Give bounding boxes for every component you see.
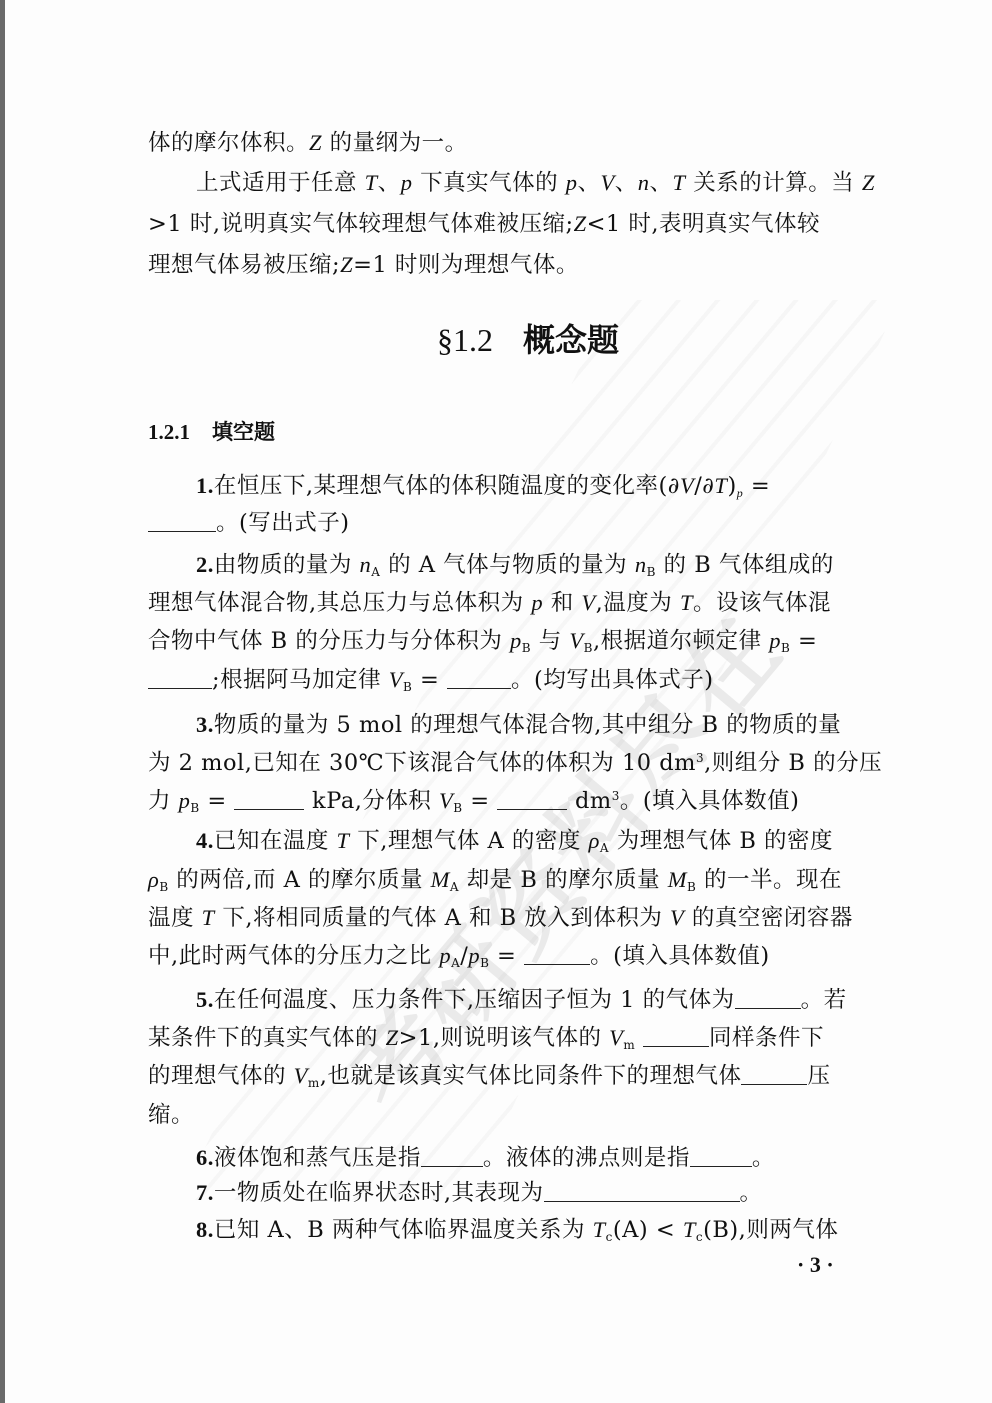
- subscript: B: [522, 641, 531, 655]
- subsection-number: 1.2.1: [148, 420, 190, 444]
- text: ,温度为: [596, 590, 680, 616]
- subscript: B: [687, 880, 696, 894]
- section-title: §1.2概念题: [148, 315, 908, 361]
- intro-line-4: 理想气体易被压缩;Z=1 时则为理想气体。: [148, 250, 908, 280]
- text: =: [790, 628, 817, 654]
- text: 的真空密闭容器: [684, 905, 853, 931]
- text: 在恒压下,某理想气体的体积随温度的变化率(∂: [214, 473, 680, 499]
- var-t: T: [593, 1217, 606, 1242]
- var-v: V: [439, 788, 453, 813]
- text: 却是 B 的摩尔质量: [459, 867, 668, 893]
- text: 、: [615, 170, 638, 196]
- var-t: T: [683, 1217, 696, 1242]
- var-z: Z: [574, 211, 587, 236]
- text: 一物质处在临界状态时,其表现为: [214, 1180, 544, 1206]
- text: kPa,分体积: [304, 788, 439, 814]
- text: 合物中气体 B 的分压力与分体积为: [148, 628, 510, 654]
- text: 下真实气体的: [412, 170, 565, 196]
- var-v: V: [294, 1063, 308, 1088]
- question-number: 5.: [196, 987, 214, 1012]
- question-number: 6.: [196, 1145, 214, 1170]
- var-t: T: [202, 905, 215, 930]
- subscript: A: [600, 841, 609, 855]
- subscript: B: [781, 641, 790, 655]
- var-p: p: [510, 628, 522, 653]
- text: 。(填入具体数值): [620, 788, 800, 814]
- var-t: T: [337, 828, 350, 853]
- text: 的量纲为一。: [322, 130, 468, 156]
- var-p: p: [566, 170, 578, 195]
- var-z: Z: [862, 170, 875, 195]
- question-2-line-2: 理想气体混合物,其总压力与总体积为 p 和 V,温度为 T。设该气体混: [148, 588, 908, 618]
- var-n: n: [360, 552, 372, 577]
- var-t: T: [714, 473, 727, 498]
- var-n: n: [635, 552, 647, 577]
- text: 中,此时两气体的分压力之比: [148, 943, 439, 969]
- question-5-line-4: 缩。: [148, 1100, 908, 1130]
- var-m: M: [431, 867, 450, 892]
- subscript: B: [453, 801, 462, 815]
- text: =1 时则为理想气体。: [353, 252, 579, 278]
- text: 。(填入具体数值): [590, 943, 770, 969]
- text: 与: [531, 628, 569, 654]
- question-4-line-4: 中,此时两气体的分压力之比 pA/pB = 。(填入具体数值): [148, 941, 908, 971]
- var-v: V: [569, 628, 583, 653]
- page-number: · 3 ·: [797, 1252, 834, 1278]
- text: 力: [148, 788, 179, 814]
- text: =: [743, 473, 770, 499]
- var-p: p: [769, 628, 781, 653]
- answer-blank[interactable]: [148, 511, 216, 532]
- subscript: A: [451, 956, 460, 970]
- text: (A) <: [613, 1217, 683, 1243]
- text: 缩。: [148, 1102, 194, 1128]
- answer-blank[interactable]: [234, 789, 304, 810]
- text: 下,将相同质量的气体 A 和 B 放入到体积为: [215, 905, 670, 931]
- text: 已知 A、B 两种气体临界温度关系为: [214, 1217, 593, 1243]
- answer-blank[interactable]: [735, 988, 801, 1009]
- subscript: c: [696, 1230, 703, 1244]
- var-p: p: [179, 788, 191, 813]
- intro-line-2: 上式适用于任意 T、p 下真实气体的 p、V、n、T 关系的计算。当 Z: [148, 168, 956, 198]
- var-v: V: [670, 905, 684, 930]
- text: 压: [807, 1063, 830, 1089]
- question-number: 3.: [196, 712, 214, 737]
- answer-blank[interactable]: [690, 1146, 752, 1167]
- var-p: p: [401, 170, 413, 195]
- answer-blank[interactable]: [421, 1146, 483, 1167]
- answer-blank[interactable]: [544, 1181, 740, 1202]
- text: 关系的计算。当: [686, 170, 862, 196]
- subscript: B: [584, 641, 593, 655]
- text: =: [463, 788, 498, 814]
- section-title-text: 概念题: [523, 321, 619, 359]
- text: 的两倍,而 A 的摩尔质量: [169, 867, 431, 893]
- text: ): [727, 473, 736, 499]
- text: >1 时,说明真实气体较理想气体难被压缩;: [148, 211, 574, 237]
- var-t: T: [680, 590, 693, 615]
- text: 理想气体混合物,其总压力与总体积为: [148, 590, 531, 616]
- question-4-line-2: ρB 的两倍,而 A 的摩尔质量 MA 却是 B 的摩尔质量 MB 的一半。现在: [148, 865, 908, 895]
- question-5-line-2: 某条件下的真实气体的 Z>1,则说明该气体的 Vm 同样条件下: [148, 1023, 908, 1053]
- intro-line-1: 体的摩尔体积。Z 的量纲为一。: [148, 128, 908, 158]
- question-2-line-3: 合物中气体 B 的分压力与分体积为 pB 与 VB,根据道尔顿定律 pB =: [148, 626, 908, 656]
- var-p: p: [531, 590, 543, 615]
- text: 为理想气体 B 的密度: [609, 828, 833, 854]
- var-t: T: [673, 170, 686, 195]
- text: >1,则说明该气体的: [399, 1025, 609, 1051]
- subscript: B: [647, 565, 656, 579]
- section-number: §1.2: [437, 322, 493, 358]
- var-v: V: [601, 170, 615, 195]
- var-n: n: [638, 170, 650, 195]
- question-8-line-1: 8.已知 A、B 两种气体临界温度关系为 Tc(A) < Tc(B),则两气体: [148, 1215, 956, 1245]
- question-2-line-1: 2.由物质的量为 nA 的 A 气体与物质的量为 nB 的 B 气体组成的: [148, 550, 956, 580]
- page-left-border: [0, 0, 5, 1403]
- var-p: p: [439, 943, 451, 968]
- var-z: Z: [340, 252, 353, 277]
- subscript: B: [159, 880, 168, 894]
- text: =: [489, 943, 524, 969]
- var-z: Z: [309, 130, 322, 155]
- text: 由物质的量为: [214, 552, 360, 578]
- text: =: [200, 788, 235, 814]
- text: =: [412, 667, 447, 693]
- text: <1 时,表明真实气体较: [587, 211, 820, 237]
- answer-blank[interactable]: [148, 668, 212, 689]
- text: ,也就是该真实气体比同条件下的理想气体: [320, 1063, 742, 1089]
- text: 的 A 气体与物质的量为: [380, 552, 634, 578]
- text: ,根据道尔顿定律: [593, 628, 769, 654]
- question-7-line-1: 7.一物质处在临界状态时,其表现为。: [148, 1178, 956, 1208]
- text: 和: [543, 590, 581, 616]
- text: 。设该气体混: [693, 590, 831, 616]
- answer-blank[interactable]: [524, 944, 590, 965]
- question-number: 4.: [196, 828, 214, 853]
- text: 温度: [148, 905, 202, 931]
- text: 。: [752, 1145, 775, 1171]
- text: 某条件下的真实气体的: [148, 1025, 386, 1051]
- question-3-line-2: 为 2 mol,已知在 30℃下该混合气体的体积为 10 dm3,则组分 B 的…: [148, 748, 908, 778]
- question-2-line-4: ;根据阿马加定律 VB = 。(均写出具体式子): [148, 665, 908, 695]
- superscript: 3: [612, 789, 620, 803]
- text: 。若: [801, 987, 847, 1013]
- text: 。(均写出具体式子): [511, 667, 714, 693]
- question-number: 7.: [196, 1180, 214, 1205]
- question-5-line-3: 的理想气体的 Vm,也就是该真实气体比同条件下的理想气体压: [148, 1061, 908, 1091]
- text: /∂: [694, 473, 714, 499]
- text: 、: [578, 170, 601, 196]
- var-v: V: [389, 667, 403, 692]
- text: 的理想气体的: [148, 1063, 294, 1089]
- question-number: 1.: [196, 473, 214, 498]
- question-4-line-1: 4.已知在温度 T 下,理想气体 A 的密度 ρA 为理想气体 B 的密度: [148, 826, 956, 856]
- text: 液体饱和蒸气压是指: [214, 1145, 421, 1171]
- answer-blank[interactable]: [497, 789, 567, 810]
- text: 。: [740, 1180, 763, 1206]
- var-rho: ρ: [148, 867, 159, 892]
- question-1-line-1: 1.在恒压下,某理想气体的体积随温度的变化率(∂V/∂T)p =: [148, 471, 956, 501]
- var-t: T: [365, 170, 378, 195]
- subscript: B: [190, 801, 199, 815]
- text: 下,理想气体 A 的密度: [350, 828, 589, 854]
- question-1-line-2: 。(写出式子): [148, 508, 908, 538]
- question-5-line-1: 5.在任何温度、压力条件下,压缩因子恒为 1 的气体为。若: [148, 985, 956, 1015]
- text: ,则组分 B 的分压: [704, 750, 882, 776]
- superscript: 3: [696, 751, 704, 765]
- text: dm: [567, 788, 611, 814]
- var-z: Z: [386, 1025, 399, 1050]
- question-number: 8.: [196, 1217, 214, 1242]
- text: 同样条件下: [709, 1025, 824, 1051]
- text: 已知在温度: [214, 828, 337, 854]
- var-rho: ρ: [589, 828, 600, 853]
- text: 。(写出式子): [216, 510, 350, 536]
- subscript: m: [308, 1076, 320, 1090]
- subscript: B: [480, 956, 489, 970]
- text: 、: [378, 170, 401, 196]
- text: 理想气体易被压缩;: [148, 252, 340, 278]
- var-v: V: [581, 590, 595, 615]
- text: 物质的量为 5 mol 的理想气体混合物,其中组分 B 的物质的量: [214, 712, 841, 738]
- intro-line-3: >1 时,说明真实气体较理想气体难被压缩;Z<1 时,表明真实气体较: [148, 209, 908, 239]
- question-3-line-1: 3.物质的量为 5 mol 的理想气体混合物,其中组分 B 的物质的量: [148, 710, 956, 740]
- text: 、: [650, 170, 673, 196]
- text: 为 2 mol,已知在 30℃下该混合气体的体积为 10 dm: [148, 750, 696, 776]
- var-v: V: [609, 1025, 623, 1050]
- subsection-heading: 1.2.1填空题: [148, 416, 275, 446]
- text: (B),则两气体: [703, 1217, 838, 1243]
- text: 的一半。现在: [696, 867, 842, 893]
- text: 。液体的沸点则是指: [483, 1145, 690, 1171]
- answer-blank[interactable]: [741, 1064, 807, 1085]
- subscript: c: [606, 1230, 613, 1244]
- question-3-line-3: 力 pB = kPa,分体积 VB = dm3。(填入具体数值): [148, 786, 908, 816]
- text: 上式适用于任意: [196, 170, 365, 196]
- answer-blank[interactable]: [447, 668, 511, 689]
- subscript: m: [623, 1038, 635, 1052]
- text: ;根据阿马加定律: [212, 667, 389, 693]
- text: 体的摩尔体积。: [148, 130, 309, 156]
- question-4-line-3: 温度 T 下,将相同质量的气体 A 和 B 放入到体积为 V 的真空密闭容器: [148, 903, 908, 933]
- question-6-line-1: 6.液体饱和蒸气压是指。液体的沸点则是指。: [148, 1143, 956, 1173]
- question-number: 2.: [196, 552, 214, 577]
- var-m: M: [668, 867, 687, 892]
- var-p: p: [468, 943, 480, 968]
- answer-blank[interactable]: [643, 1026, 709, 1047]
- subscript: B: [403, 680, 412, 694]
- subsection-title: 填空题: [212, 420, 275, 444]
- var-v: V: [680, 473, 694, 498]
- subscript: A: [450, 880, 459, 894]
- text: 的 B 气体组成的: [656, 552, 834, 578]
- text: 在任何温度、压力条件下,压缩因子恒为 1 的气体为: [214, 987, 735, 1013]
